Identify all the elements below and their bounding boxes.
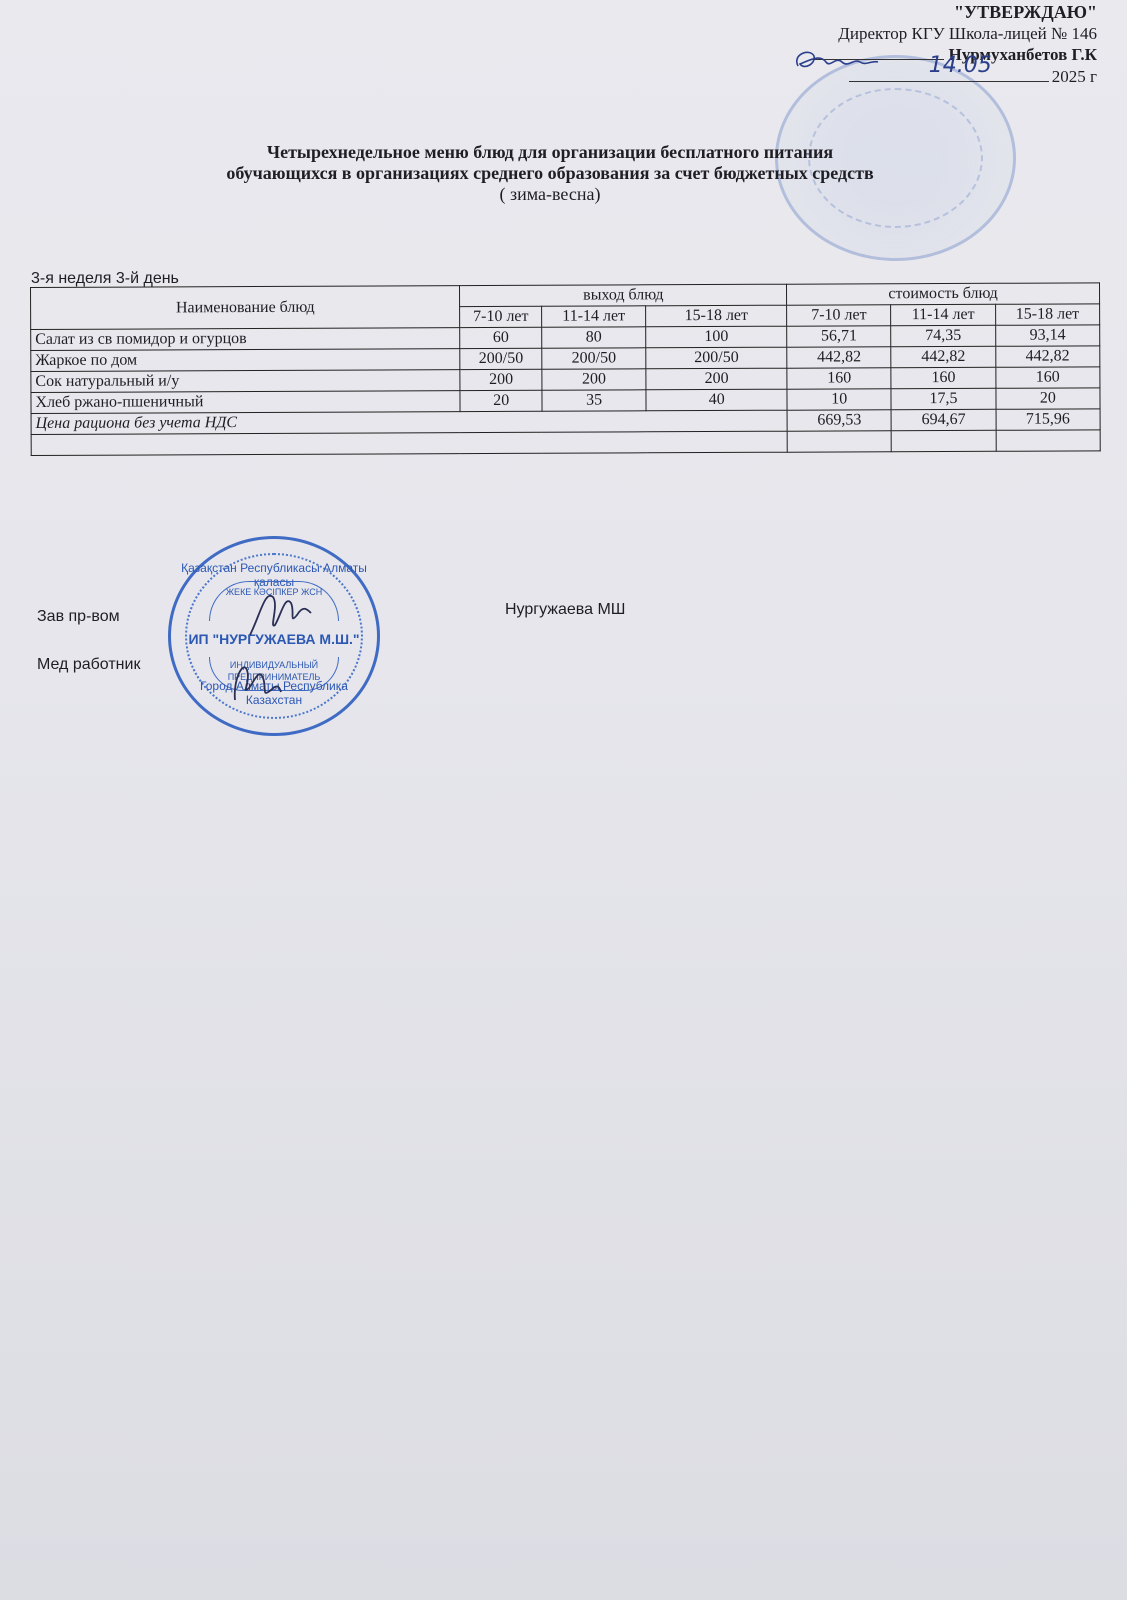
document-title: Четырехнедельное меню блюд для организац… [140, 142, 960, 205]
yield-cell: 200 [460, 369, 542, 390]
empty-cell [892, 430, 996, 451]
column-header-dish-name: Наименование блюд [31, 286, 461, 330]
cost-cell: 17,5 [891, 388, 995, 409]
total-cost-15-18: 715,96 [996, 409, 1100, 430]
dish-name: Хлеб ржано-пшеничный [31, 391, 461, 414]
cost-age-7-10: 7-10 лет [787, 305, 891, 326]
yield-cell: 200/50 [542, 348, 646, 369]
empty-cell [996, 430, 1100, 451]
dish-name: Жаркое по дом [31, 349, 461, 372]
medical-worker-role: Мед работник [37, 656, 140, 674]
yield-cell: 200 [542, 369, 646, 390]
yield-cell: 80 [542, 327, 646, 348]
cost-cell: 160 [891, 367, 995, 388]
yield-cell: 200/50 [460, 348, 542, 369]
production-head-name: Нургужаева МШ [505, 601, 625, 619]
cost-cell: 442,82 [995, 346, 1099, 367]
empty-cell [31, 431, 787, 455]
yield-cell: 60 [460, 327, 542, 348]
table-empty-row [31, 430, 1100, 456]
approver-position: Директор КГУ Школа-лицей № 146 [814, 23, 1097, 44]
yield-cell: 200 [646, 368, 787, 390]
column-group-cost: стоимость блюд [787, 283, 1100, 305]
yield-age-15-18: 15-18 лет [646, 305, 787, 327]
total-cost-7-10: 669,53 [787, 410, 891, 431]
title-line-2: обучающихся в организациях среднего обра… [140, 163, 960, 184]
approval-year: 2025 г [1052, 67, 1097, 86]
cost-cell: 56,71 [787, 326, 891, 347]
cost-cell: 160 [787, 368, 891, 389]
yield-cell: 20 [460, 390, 542, 411]
cost-cell: 93,14 [995, 325, 1099, 346]
cost-cell: 20 [996, 388, 1100, 409]
dish-name: Сок натуральный и/у [31, 370, 461, 393]
cost-cell: 442,82 [787, 347, 891, 368]
yield-cell: 200/50 [646, 347, 787, 369]
yield-age-11-14: 11-14 лет [541, 306, 645, 327]
title-line-1: Четырехнедельное меню блюд для организац… [140, 142, 960, 163]
handwritten-date: 14.05 [929, 55, 992, 76]
cost-cell: 160 [996, 367, 1100, 388]
yield-cell: 35 [542, 390, 646, 411]
director-signature-icon [790, 46, 880, 74]
cost-cell: 74,35 [891, 325, 995, 346]
document-page: "УТВЕРЖДАЮ" Директор КГУ Школа-лицей № 1… [0, 0, 1127, 1600]
approval-block: "УТВЕРЖДАЮ" Директор КГУ Школа-лицей № 1… [814, 2, 1097, 87]
production-head-role: Зав пр-вом [37, 608, 120, 626]
yield-cell: 40 [646, 389, 787, 411]
cost-age-11-14: 11-14 лет [891, 304, 995, 325]
cost-cell: 10 [787, 389, 891, 410]
yield-cell: 100 [646, 326, 787, 348]
total-cost-11-14: 694,67 [891, 409, 995, 430]
medical-worker-signature-icon [225, 650, 285, 705]
week-day-label: 3-я неделя 3-й день [31, 270, 179, 288]
cost-cell: 442,82 [891, 346, 995, 367]
approval-heading: "УТВЕРЖДАЮ" [814, 2, 1097, 23]
production-head-signature-icon [245, 585, 315, 640]
empty-cell [787, 431, 891, 452]
cost-age-15-18: 15-18 лет [995, 304, 1099, 325]
column-group-yield: выход блюд [460, 284, 787, 306]
yield-age-7-10: 7-10 лет [460, 306, 542, 327]
menu-table: Наименование блюд выход блюд стоимость б… [30, 282, 1101, 456]
dish-name: Салат из св помидор и огурцов [31, 328, 461, 351]
title-season: ( зима-весна) [140, 184, 960, 205]
